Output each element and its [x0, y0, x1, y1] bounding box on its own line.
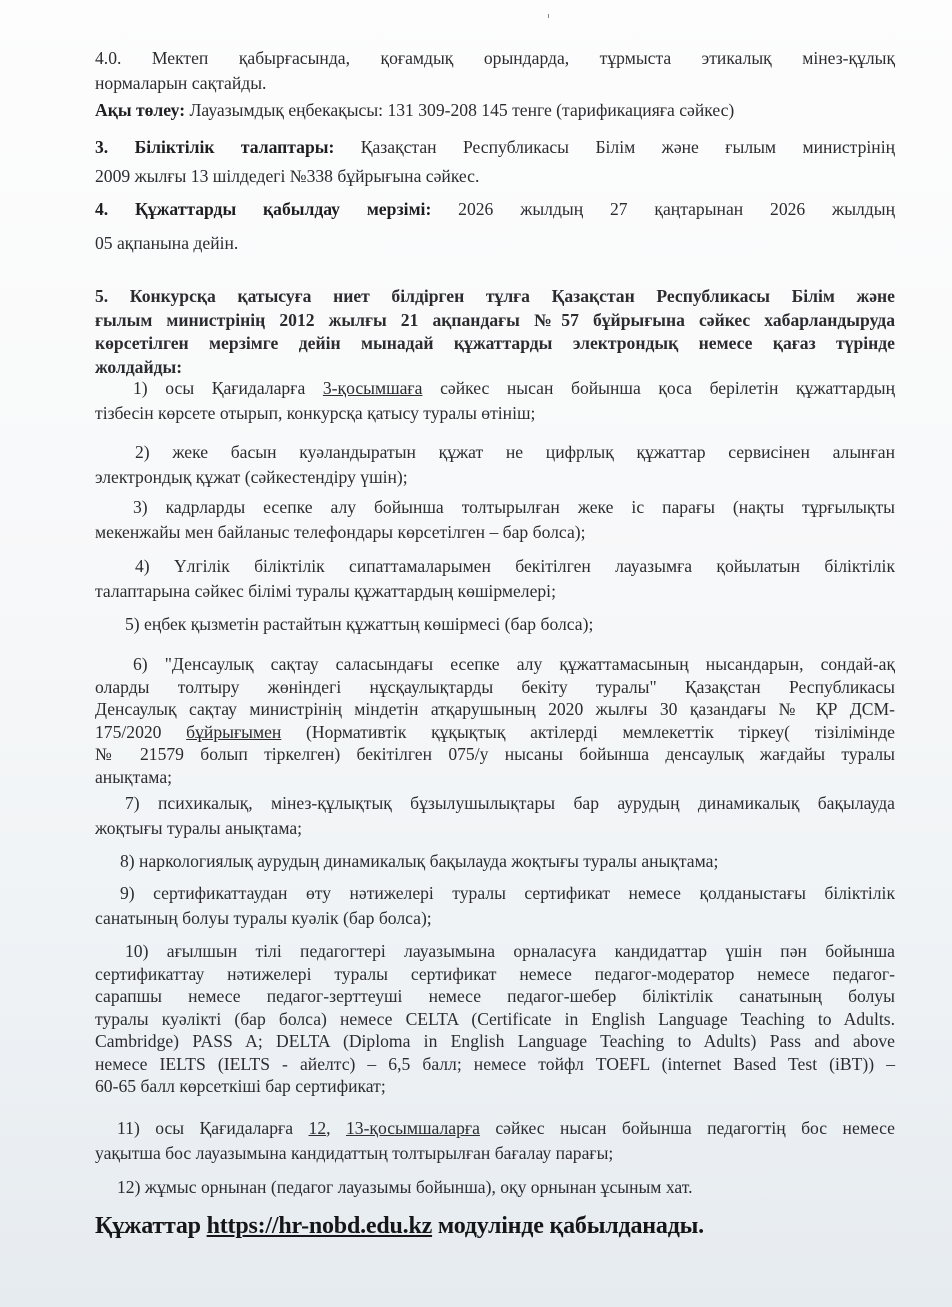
deadline-paragraph: 4. Құжаттарды қабылдау мерзімі: 2026 жыл… [95, 192, 895, 260]
appendix-3-link[interactable]: 3-қосымшаға [323, 378, 423, 398]
list-item-7: 7) психикалық, мінез-құлықтық бұзылушылы… [95, 791, 895, 840]
submission-note: Құжаттар https://hr-nobd.edu.kz модулінд… [95, 1213, 704, 1240]
document-page: 4.0. Мектеп қабырғасында, қоғамдық орынд… [0, 0, 952, 1307]
qualification-label: 3. Біліктілік талаптары: [95, 137, 334, 157]
list-item-9: 9) сертификаттаудан өту нәтижелері турал… [95, 881, 895, 930]
list-item-11: 11) осы Қағидаларға 12, 13-қосымшаларға … [95, 1116, 895, 1165]
list-item-5: 5) еңбек қызметін растайтын құжаттың көш… [95, 612, 895, 637]
paragraph-4-0: 4.0. Мектеп қабырғасында, қоғамдық орынд… [95, 46, 895, 95]
hr-nobd-link[interactable]: https://hr-nobd.edu.kz [207, 1213, 432, 1239]
salary-text: Лауазымдық еңбекақысы: 131 309-208 145 т… [185, 100, 734, 120]
scan-speck [548, 14, 549, 18]
list-item-6: 6) "Денсаулық сақтау саласындағы есепке … [95, 653, 895, 788]
list-item-3: 3) кадрларды есепке алу бойынша толтырыл… [95, 495, 895, 544]
list-item-8: 8) наркологиялық аурудың динамикалық бақ… [95, 849, 895, 874]
section-5-heading: 5. Конкурсқа қатысуға ниет білдірген тұл… [95, 285, 895, 379]
deadline-label: 4. Құжаттарды қабылдау мерзімі: [95, 199, 431, 219]
appendix-12-link[interactable]: 12 [309, 1118, 327, 1138]
qualification-paragraph: 3. Біліктілік талаптары: Қазақстан Респу… [95, 133, 895, 191]
appendix-13-link[interactable]: 13-қосымшаларға [346, 1118, 480, 1138]
order-link[interactable]: бұйрығымен [186, 722, 281, 742]
list-item-12: 12) жұмыс орнынан (педагог лауазымы бойы… [95, 1175, 895, 1200]
list-item-4: 4) Үлгілік біліктілік сипаттамаларымен б… [95, 554, 895, 603]
list-item-10: 10) ағылшын тілі педагогтері лауазымына … [95, 940, 895, 1098]
salary-label: Ақы төлеу: [95, 100, 185, 120]
list-item-1: 1) осы Қағидаларға 3-қосымшаға сәйкес ны… [95, 376, 895, 425]
list-item-2: 2) жеке басын куәландыратын құжат не циф… [95, 440, 895, 489]
salary-paragraph: Ақы төлеу: Лауазымдық еңбекақысы: 131 30… [95, 98, 895, 123]
